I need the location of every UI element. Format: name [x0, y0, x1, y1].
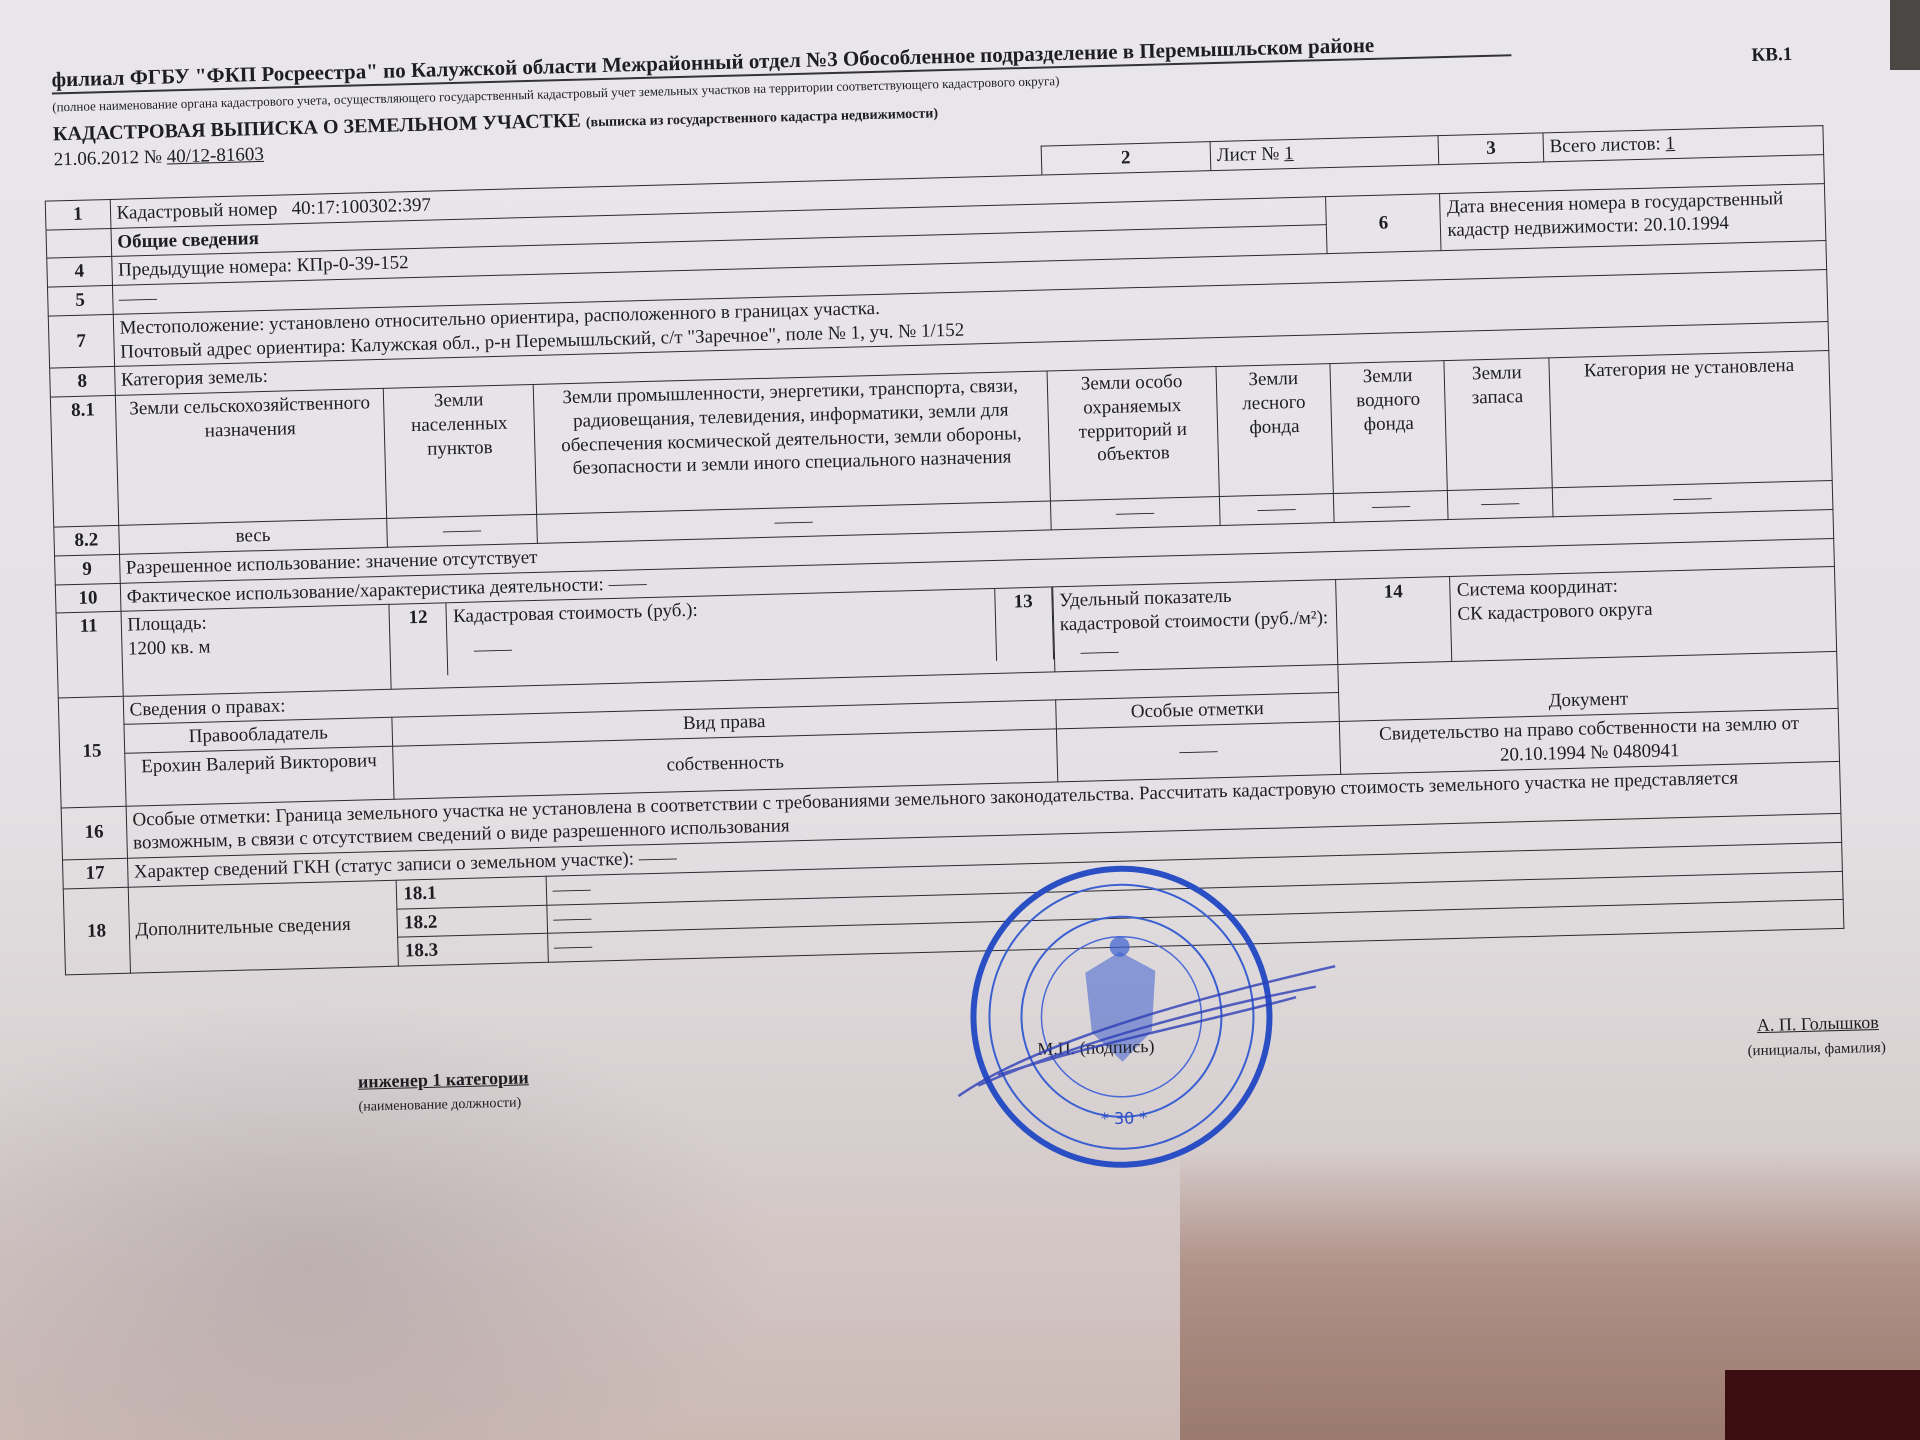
- signer-name-note: (инициалы, фамилия): [1747, 1040, 1886, 1061]
- row-number: 12: [390, 604, 449, 677]
- category-header: Земли запаса: [1444, 358, 1552, 491]
- category-header: Земли особо охраняемых территорий и объе…: [1047, 367, 1219, 501]
- cadastral-extract-document: филиал ФГБУ "ФКП Росреестра" по Калужско…: [30, 0, 1918, 1120]
- row-number: 17: [62, 858, 127, 888]
- row-number: 7: [48, 314, 114, 368]
- signature-icon: [935, 946, 1359, 1117]
- rights-notes: ——: [1056, 721, 1341, 781]
- category-header: Земли водного фонда: [1330, 361, 1448, 494]
- registration-date: Дата внесения номера в государственный к…: [1440, 183, 1826, 251]
- category-header: Земли населенных пунктов: [384, 384, 537, 518]
- category-value: ——: [387, 514, 537, 547]
- category-header: Земли сельскохозяйственного назначения: [115, 388, 387, 525]
- category-header: Категория не установлена: [1549, 351, 1833, 488]
- category-value: ——: [1448, 488, 1553, 519]
- category-header: Земли лесного фонда: [1216, 364, 1334, 497]
- sub-row-number: 18.3: [398, 934, 548, 967]
- document-date: 21.06.2012: [53, 147, 139, 170]
- row-number: 11: [56, 612, 123, 698]
- row-number: 8.2: [54, 525, 119, 555]
- category-header: Земли промышленности, энергетики, трансп…: [533, 371, 1050, 514]
- sub-row-number: 18.2: [397, 905, 547, 938]
- row-number: 13: [994, 588, 1054, 661]
- row-number: 16: [61, 806, 127, 860]
- row-number: 15: [58, 696, 125, 808]
- field-number: 3: [1438, 133, 1543, 164]
- label: Кадастровый номер: [116, 198, 277, 223]
- row-number: 4: [47, 257, 112, 287]
- category-value: ——: [1050, 497, 1220, 530]
- sheet-label: Лист №: [1216, 143, 1279, 166]
- row-number: 10: [55, 583, 120, 613]
- row-number: 5: [47, 285, 112, 315]
- signer-name: А. П. Голышков: [1757, 1012, 1879, 1036]
- row-number: 6: [1326, 193, 1442, 253]
- background-object: [1725, 1370, 1920, 1440]
- document-number: 40/12-81603: [166, 144, 264, 168]
- signer-position: инженер 1 категории: [358, 1067, 529, 1092]
- row-number: 8: [50, 367, 115, 397]
- background-edge: [1890, 0, 1920, 70]
- cadastral-number-value: 40:17:100302:397: [291, 194, 431, 219]
- category-value: ——: [1333, 491, 1448, 523]
- coordinate-system: Система координат:СК кадастрового округа: [1450, 567, 1837, 661]
- rights-holder: Ерохин Валерий Викторович: [124, 746, 394, 806]
- specific-value: Удельный показатель кадастровой стоимост…: [1052, 580, 1337, 672]
- number-sign: №: [144, 147, 163, 168]
- cadastral-table: 2 Лист № 1 3 Всего листов: 1 1 Кадастров…: [44, 125, 1844, 975]
- specific-value-label: Удельный показатель кадастровой стоимост…: [1059, 582, 1331, 637]
- additional-info-label: Дополнительные сведения: [128, 880, 399, 973]
- field-number: 2: [1041, 142, 1211, 175]
- form-code: КВ.1: [1751, 44, 1792, 67]
- category-value: ——: [1219, 494, 1334, 526]
- total-label: Всего листов:: [1549, 133, 1661, 157]
- row-number: 1: [45, 199, 110, 229]
- area: Площадь:1200 кв. м: [121, 605, 392, 696]
- row-number: 14: [1336, 577, 1453, 664]
- row-number: 18: [63, 887, 130, 975]
- row-number: 8.1: [50, 395, 118, 527]
- title-text: КАДАСТРОВАЯ ВЫПИСКА О ЗЕМЕЛЬНОМ УЧАСТКЕ: [53, 110, 581, 146]
- sheet-no: 1: [1284, 143, 1294, 164]
- title-note: (выписка из государственного кадастра не…: [586, 106, 939, 130]
- row-number: 9: [55, 554, 120, 584]
- total-value: 1: [1665, 133, 1675, 154]
- sub-row-number: 18.1: [396, 876, 546, 909]
